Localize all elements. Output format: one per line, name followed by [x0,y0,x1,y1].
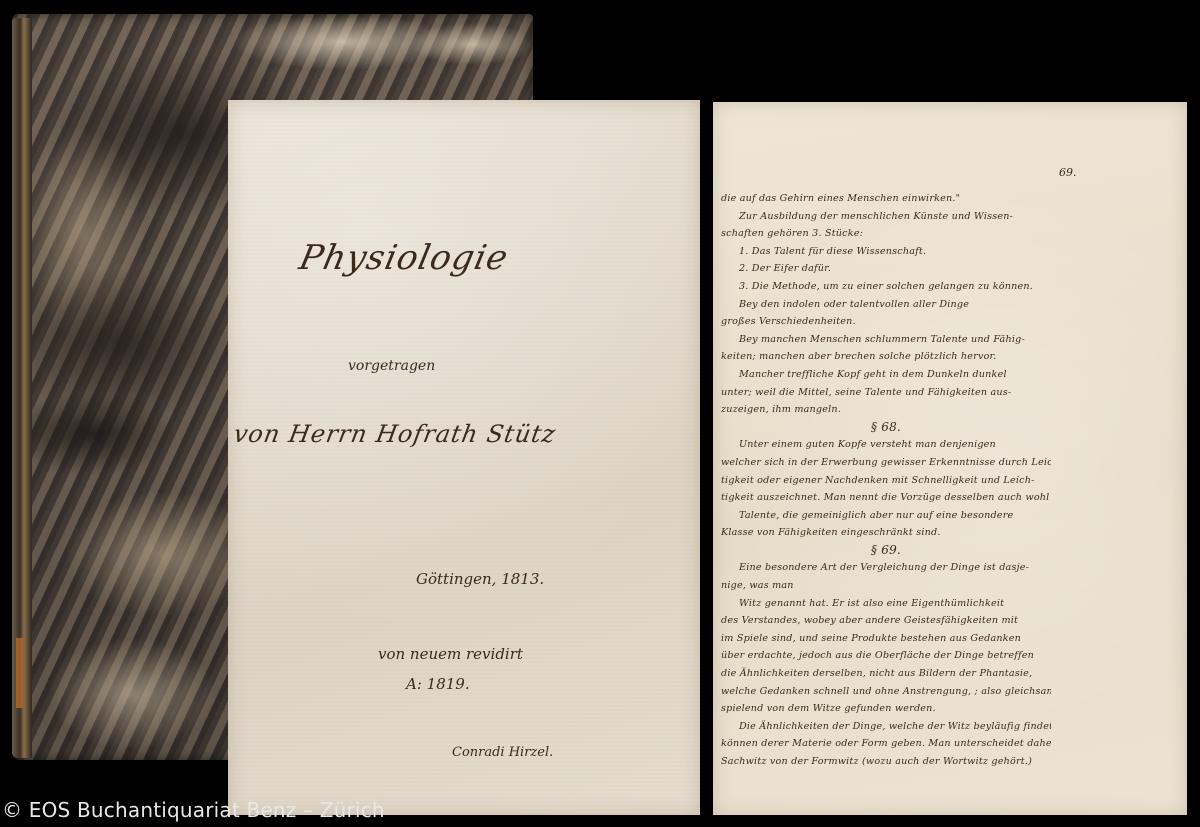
title-page: Physiologie vorgetragen von Herrn Hofrat… [228,100,700,815]
manuscript-line: Talente, die gemeiniglich aber nur auf e… [721,507,1051,525]
manuscript-subtitle: vorgetragen [348,358,435,374]
manuscript-line: über erdachte, jedoch aus die Oberfläche… [721,647,1051,665]
manuscript-line: 3. Die Methode, um zu einer solchen gela… [721,278,1051,296]
owner-signature: Conradi Hirzel. [452,745,553,760]
revision-note: von neuem revidirt [378,645,523,663]
manuscript-line: nige, was man [721,577,1051,595]
manuscript-line: des Verstandes, wobey aber andere Geiste… [721,612,1051,630]
text-page: 69. die auf das Gehirn eines Menschen ei… [713,102,1187,815]
manuscript-line: Bey den indolen oder talentvollen aller … [721,296,1051,314]
revision-year: A: 1819. [406,675,470,693]
handwritten-text-block: die auf das Gehirn eines Menschen einwir… [721,190,1051,771]
manuscript-line: schaften gehören 3. Stücke: [721,225,1051,243]
manuscript-line: Die Ähnlichkeiten der Dinge, welche der … [721,718,1051,736]
manuscript-line: zuzeigen, ihm mangeln. [721,401,1051,419]
copyright-watermark: © EOS Buchantiquariat Benz – Zürich [2,798,385,822]
manuscript-line: Sachwitz von der Formwitz (wozu auch der… [721,753,1051,771]
manuscript-line: spielend von dem Witze gefunden werden. [721,700,1051,718]
manuscript-line: großes Verschiedenheiten. [721,313,1051,331]
manuscript-line: 2. Der Eifer dafür. [721,260,1051,278]
manuscript-line: welche Gedanken schnell und ohne Anstren… [721,683,1051,701]
manuscript-line: tigkeit auszeichnet. Man nennt die Vorzü… [721,489,1051,507]
manuscript-line: welcher sich in der Erwerbung gewisser E… [721,454,1051,472]
manuscript-line: Klasse von Fähigkeiten eingeschränkt sin… [721,524,1051,542]
manuscript-line: die Ähnlichkeiten derselben, nicht aus B… [721,665,1051,683]
manuscript-line: Zur Ausbildung der menschlichen Künste u… [721,208,1051,226]
spine-damage [16,638,23,708]
manuscript-line: Unter einem guten Kopfe versteht man den… [721,436,1051,454]
manuscript-title: Physiologie [296,238,512,278]
manuscript-line: unter; weil die Mittel, seine Talente un… [721,384,1051,402]
manuscript-line: Witz genannt hat. Er ist also eine Eigen… [721,595,1051,613]
manuscript-line: die auf das Gehirn eines Menschen einwir… [721,190,1051,208]
manuscript-line: 1. Das Talent für diese Wissenschaft. [721,243,1051,261]
manuscript-line: Eine besondere Art der Vergleichung der … [721,559,1051,577]
manuscript-line: im Spiele sind, und seine Produkte beste… [721,630,1051,648]
manuscript-line: keiten; manchen aber brechen solche plöt… [721,348,1051,366]
manuscript-line: tigkeit oder eigener Nachdenken mit Schn… [721,472,1051,490]
manuscript-line: Mancher treffliche Kopf geht in dem Dunk… [721,366,1051,384]
manuscript-line: können derer Materie oder Form geben. Ma… [721,735,1051,753]
page-number: 69. [1059,166,1077,179]
manuscript-line: Bey manchen Menschen schlummern Talente … [721,331,1051,349]
place-date: Göttingen, 1813. [416,570,544,588]
manuscript-line: § 68. [721,419,1051,437]
author-line: von Herrn Hofrath Stütz [232,420,559,448]
book-spine [12,18,32,758]
manuscript-line: § 69. [721,542,1051,560]
